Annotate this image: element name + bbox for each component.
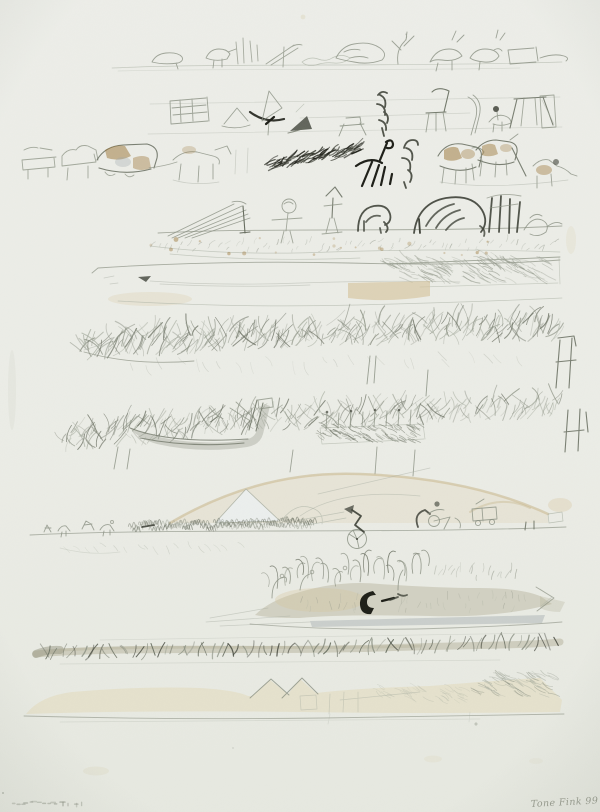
paper-texture [0,0,600,812]
artwork-photo: Tone Fink 99 [0,0,600,812]
artwork-drawing: Tone Fink 99 [0,0,600,812]
